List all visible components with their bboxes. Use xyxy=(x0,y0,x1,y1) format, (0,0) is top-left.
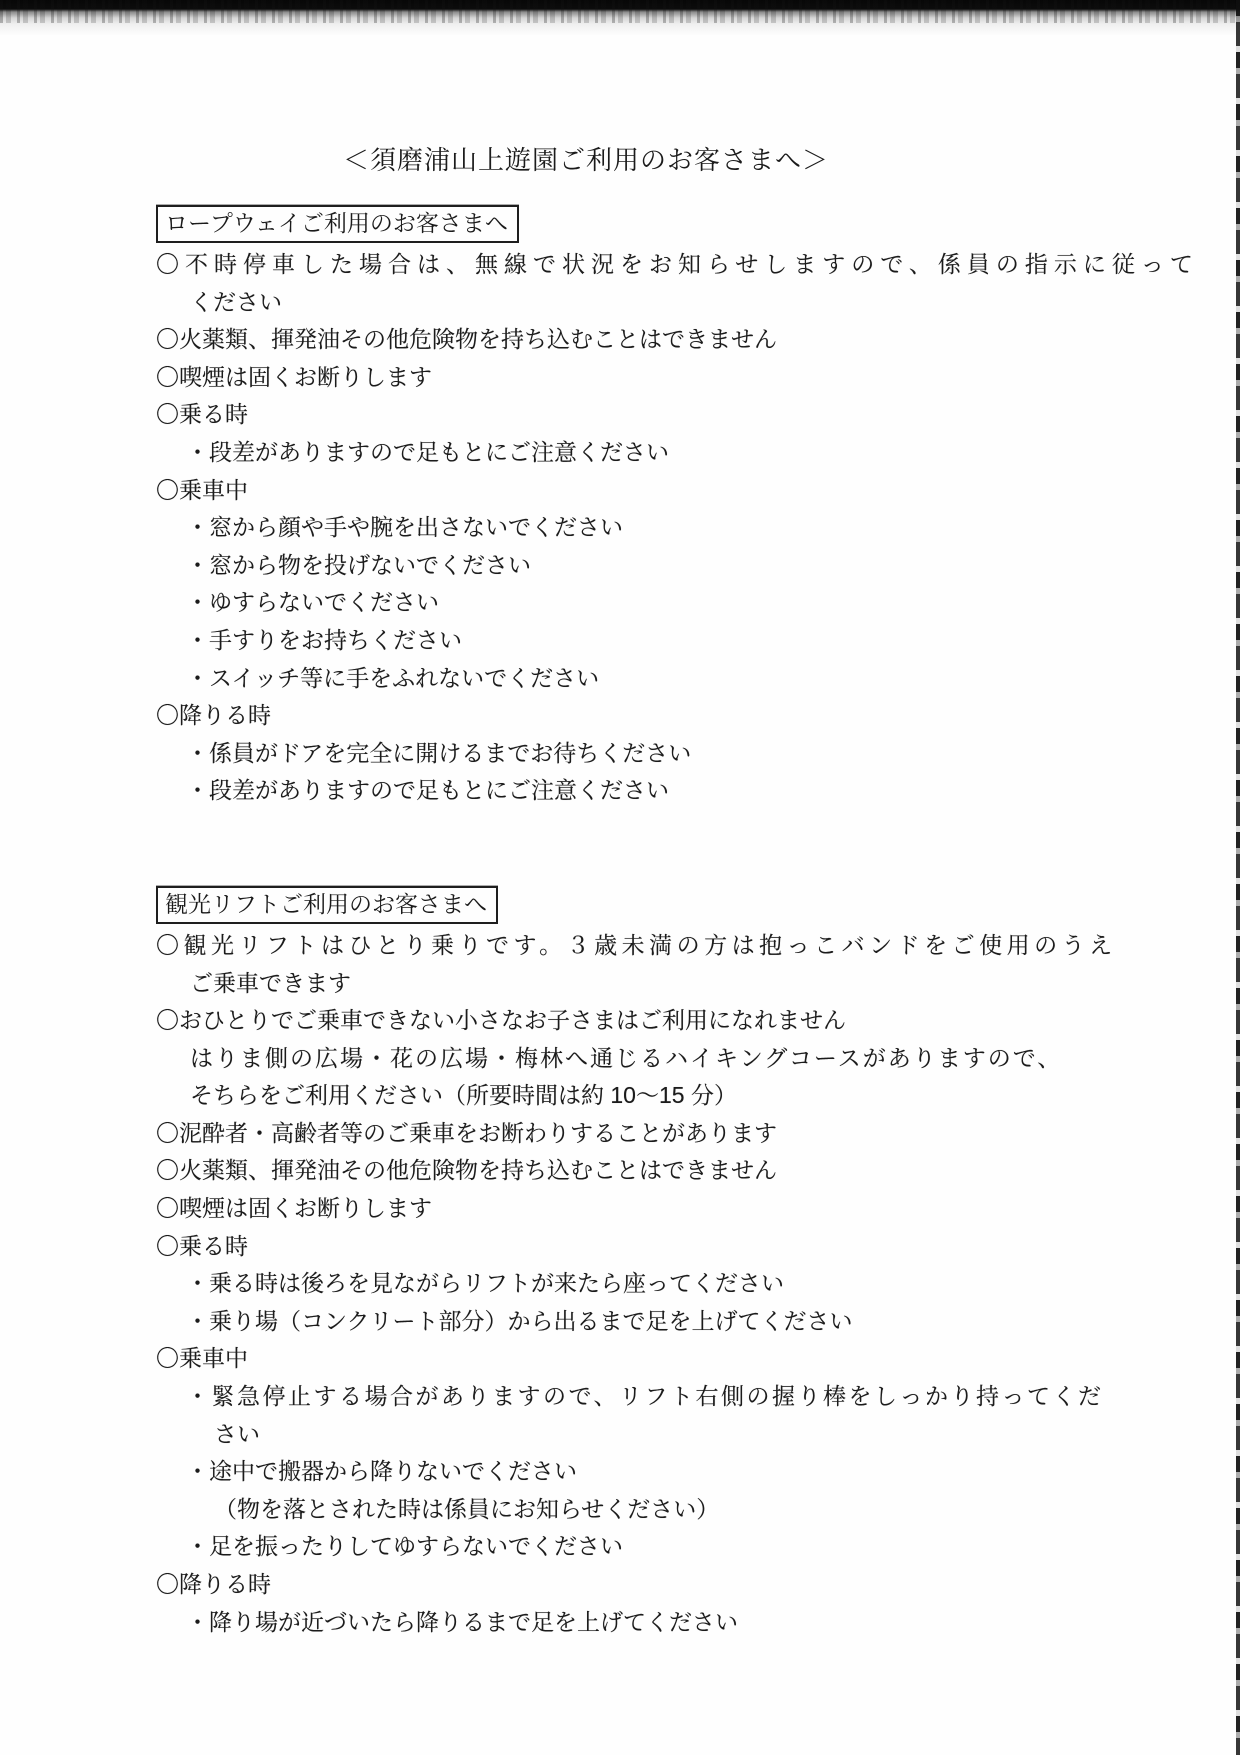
notice-line: ・スイッチ等に手をふれないでください xyxy=(186,660,1176,698)
notice-line: 〇観光リフトはひとり乗りです。３歳未満の方は抱っこバンドをご使用のうえ xyxy=(156,927,1176,965)
notice-line: さい xyxy=(214,1416,1176,1454)
notice-line: ・ゆすらないでください xyxy=(186,584,1176,622)
notice-line: 〇降りる時 xyxy=(156,697,1176,735)
section-lift: 観光リフトご利用のお客さまへ 〇観光リフトはひとり乗りです。３歳未満の方は抱っこ… xyxy=(156,810,1176,1641)
notice-line: そちらをご利用ください（所要時間は約 10～15 分） xyxy=(190,1077,1176,1115)
notice-line: ・乗り場（コンクリート部分）から出るまで足を上げてください xyxy=(186,1303,1176,1341)
notice-line: 〇不時停車した場合は、無線で状況をお知らせしますので、係員の指示に従って xyxy=(156,246,1176,284)
notice-line: 〇乗車中 xyxy=(156,472,1176,510)
page-title: ＜須磨浦山上遊園ご利用のお客さまへ＞ xyxy=(156,142,1016,178)
notice-line: ・足を振ったりしてゆすらないでください xyxy=(186,1528,1176,1566)
notice-line: ・窓から顔や手や腕を出さないでください xyxy=(186,509,1176,547)
section-ropeway: ロープウェイご利用のお客さまへ 〇不時停車した場合は、無線で状況をお知らせします… xyxy=(156,178,1176,810)
notice-line: 〇降りる時 xyxy=(156,1566,1176,1604)
notice-line: 〇火薬類、揮発油その他危険物を持ち込むことはできません xyxy=(156,321,1176,359)
notice-line: （物を落とされた時は係員にお知らせください） xyxy=(214,1491,1176,1529)
notice-line: 〇喫煙は固くお断りします xyxy=(156,1190,1176,1228)
notice-line: 〇乗る時 xyxy=(156,1228,1176,1266)
notice-line: ください xyxy=(190,284,1176,322)
notice-line: ・途中で搬器から降りないでください xyxy=(186,1453,1176,1491)
notice-line: ・乗る時は後ろを見ながらリフトが来たら座ってください xyxy=(186,1265,1176,1303)
notice-line: ・段差がありますので足もとにご注意ください xyxy=(186,772,1176,810)
notice-line: 〇乗る時 xyxy=(156,396,1176,434)
notice-line: 〇火薬類、揮発油その他危険物を持ち込むことはできません xyxy=(156,1152,1176,1190)
scan-edge-right xyxy=(1236,0,1240,1755)
notice-line: ・緊急停止する場合がありますので、リフト右側の握り棒をしっかり持ってくだ xyxy=(186,1378,1176,1416)
notice-line: 〇喫煙は固くお断りします xyxy=(156,359,1176,397)
section-ropeway-lines: 〇不時停車した場合は、無線で状況をお知らせしますので、係員の指示に従って くださ… xyxy=(156,246,1176,810)
notice-line: ・係員がドアを完全に開けるまでお待ちください xyxy=(186,735,1176,773)
notice-line: ・段差がありますので足もとにご注意ください xyxy=(186,434,1176,472)
section-lift-lines: 〇観光リフトはひとり乗りです。３歳未満の方は抱っこバンドをご使用のうえ ご乗車で… xyxy=(156,927,1176,1641)
section-heading-ropeway: ロープウェイご利用のお客さまへ xyxy=(156,205,519,243)
notice-line: ・手すりをお持ちください xyxy=(186,622,1176,660)
notice-line: ・降り場が近づいたら降りるまで足を上げてください xyxy=(186,1604,1176,1642)
scanned-notice-page: ＜須磨浦山上遊園ご利用のお客さまへ＞ ロープウェイご利用のお客さまへ 〇不時停車… xyxy=(0,0,1240,1755)
notice-line: ご乗車できます xyxy=(190,965,1176,1003)
notice-line: 〇泥酔者・高齢者等のご乗車をお断わりすることがあります xyxy=(156,1115,1176,1153)
notice-line: 〇乗車中 xyxy=(156,1340,1176,1378)
notice-line: 〇おひとりでご乗車できない小さなお子さまはご利用になれません xyxy=(156,1002,1176,1040)
notice-line: ・窓から物を投げないでください xyxy=(186,547,1176,585)
scan-edge-top xyxy=(0,0,1240,36)
section-heading-lift: 観光リフトご利用のお客さまへ xyxy=(156,886,498,924)
notice-line: はりま側の広場・花の広場・梅林へ通じるハイキングコースがありますので、 xyxy=(190,1040,1176,1078)
document-content: ＜須磨浦山上遊園ご利用のお客さまへ＞ ロープウェイご利用のお客さまへ 〇不時停車… xyxy=(156,142,1176,1641)
